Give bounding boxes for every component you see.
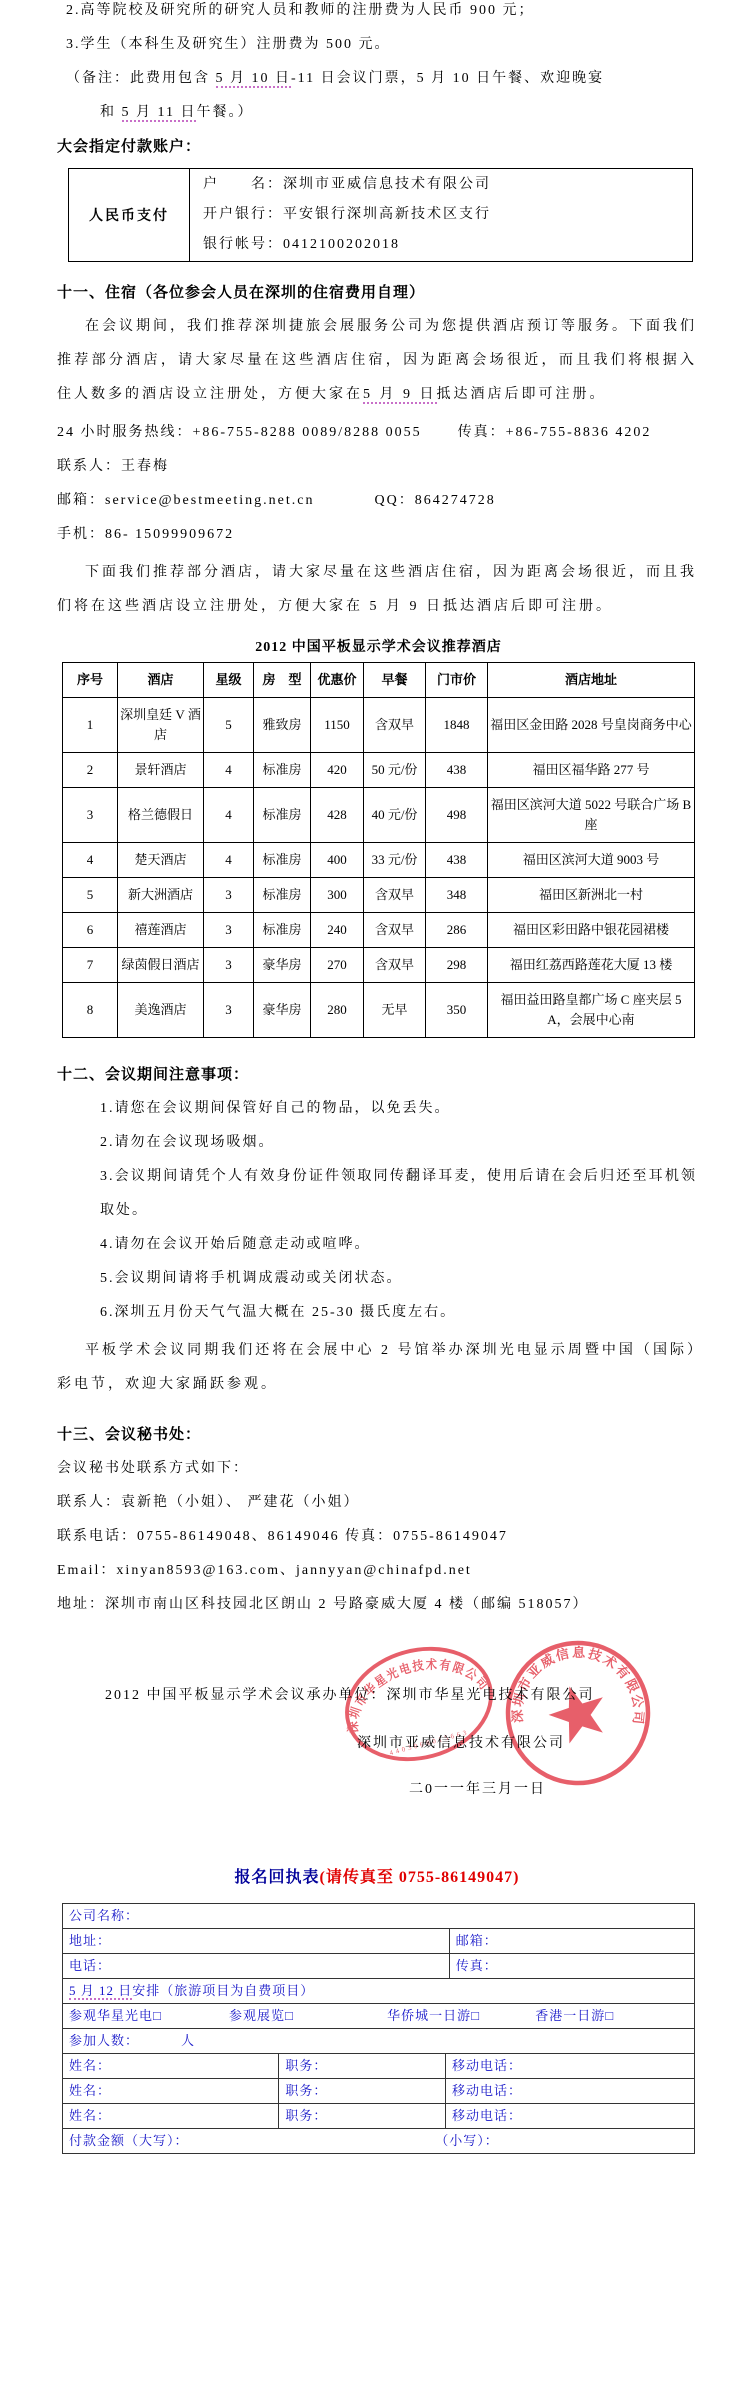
hotel-address: 福田益田路皇都广场 C 座夹层 5A，会展中心南 [488,983,695,1038]
hotel-table-header-row: 序号酒店星级房 型优惠价早餐门市价酒店地址 [63,663,695,698]
payment-details: 户 名：深圳市亚威信息技术有限公司 开户银行：平安银行深圳高新技术区支行 银行帐… [190,169,693,262]
hotel-address: 福田红荔西路莲花大厦 13 楼 [488,948,695,983]
hotel-col-header: 酒店地址 [488,663,695,698]
secretariat-line: 地址：深圳市南山区科技园北区朗山 2 号路豪威大厦 4 楼（邮编 518057） [57,1588,697,1622]
hotel-col-header: 序号 [63,663,118,698]
fee-item-3: 3.学生（本科生及研究生）注册费为 500 元。 [66,28,697,62]
mobile-line: 手机：86- 15099909672 [57,518,697,552]
hotel-list-price: 298 [426,948,488,983]
service-email: 邮箱：service@bestmeeting.net.cn [57,493,315,508]
hotel-breakfast: 33 元/份 [364,843,426,878]
hotel-room-type: 豪华房 [254,983,311,1038]
reply-form-title-fax: (请传真至 0755-86149047) [320,1869,520,1886]
secretariat-line: Email：xinyan8593@163.com、jannyyan@chinaf… [57,1554,697,1588]
hotel-discount-price: 240 [311,913,364,948]
hotel-name: 禧莲酒店 [118,913,204,948]
hotel-row: 8 美逸酒店 3 豪华房 280 无早 350 福田益田路皇都广场 C 座夹层 … [63,983,695,1038]
signature-block: 2012 中国平板显示学术会议承办单位：深圳市华星光电技术有限公司 深圳市亚威信… [57,1652,697,1824]
hotel-discount-price: 420 [311,753,364,788]
schedule-date: 5 月 12 日 [69,1983,132,2000]
hotel-address: 福田区新洲北一村 [488,878,695,913]
hotel-room-type: 雅致房 [254,698,311,753]
option-visit-huaxing-checkbox: 参观华星光电□ [69,2004,229,2028]
section-13-heading: 十三、会议秘书处： [57,1418,697,1452]
hotel-stars: 3 [204,878,254,913]
hotel-breakfast: 50 元/份 [364,753,426,788]
payment-bank: 开户银行：平安银行深圳高新技术区支行 [191,200,691,230]
hotel-list-price: 438 [426,753,488,788]
person-title-field: 职务： [279,2054,446,2078]
notice-item: 1.请您在会议期间保管好自己的物品，以免丢失。 [100,1092,697,1126]
option-visit-exhibition-checkbox: 参观展览□ [229,2004,387,2028]
hotel-no: 1 [63,698,118,753]
hotel-stars: 4 [204,788,254,843]
hotel-room-type: 标准房 [254,843,311,878]
payment-account-name: 户 名：深圳市亚威信息技术有限公司 [191,170,691,200]
section-11-heading: 十一、住宿（各位参会人员在深圳的住宿费用自理） [57,276,697,310]
section-11-paragraph-2: 下面我们推荐部分酒店，请大家尽量在这些酒店住宿，因为距离会场很近，而且我们将在这… [57,556,697,624]
hotel-stars: 4 [204,843,254,878]
hotel-breakfast: 无早 [364,983,426,1038]
hotel-discount-price: 1150 [311,698,364,753]
star-icon [542,1678,613,1747]
fax-field: 传真： [450,1954,694,1978]
fee-note1-date: 5 月 10 日 [216,71,292,88]
amount-small-label: （小写）： [435,2129,499,2153]
fee-note1-post: -11 日会议门票，5 月 10 日午餐、欢迎晚宴 [291,71,604,86]
hotel-address: 福田区彩田路中银花园裙楼 [488,913,695,948]
form-row-company: 公司名称： [63,1904,694,1929]
hotel-breakfast: 40 元/份 [364,788,426,843]
hotel-table-title: 2012 中国平板显示学术会议推荐酒店 [62,636,695,656]
fee-note-line1: （备注：此费用包含 5 月 10 日-11 日会议门票，5 月 10 日午餐、欢… [66,62,697,96]
person-rows: 姓名： 职务： 移动电话： 姓名： 职务： 移动电话： 姓名： 职务： 移动电话… [63,2054,694,2129]
service-fax: 传真：+86-755-8836 4202 [458,416,652,450]
hotel-no: 3 [63,788,118,843]
person-name-field: 姓名： [63,2054,279,2078]
hotel-row: 6 禧莲酒店 3 标准房 240 含双早 286 福田区彩田路中银花园裙楼 [63,913,695,948]
hotel-address: 福田区福华路 277 号 [488,753,695,788]
person-title-field: 职务： [279,2104,446,2128]
form-row-person: 姓名： 职务： 移动电话： [63,2104,694,2129]
secretariat-line: 联系电话：0755-86149048、86149046 传真：0755-8614… [57,1520,697,1554]
hotel-name: 格兰德假日 [118,788,204,843]
hotel-name: 楚天酒店 [118,843,204,878]
hotel-no: 8 [63,983,118,1038]
hotel-row: 7 绿茵假日酒店 3 豪华房 270 含双早 298 福田红荔西路莲花大厦 13… [63,948,695,983]
hotel-col-header: 优惠价 [311,663,364,698]
notice-item: 4.请勿在会议开始后随意走动或喧哗。 [100,1228,697,1262]
payment-account-no: 银行帐号：0412100202018 [191,230,691,260]
contact-person-line: 联系人：王春梅 [57,450,697,484]
section-11-paragraph-1: 在会议期间，我们推荐深圳捷旅会展服务公司为您提供酒店预订等服务。下面我们推荐部分… [57,310,697,412]
hotel-name: 绿茵假日酒店 [118,948,204,983]
conference-notice-document: 2.高等院校及研究所的研究人员和教师的注册费为人民币 900 元； 3.学生（本… [0,0,755,2385]
hotel-discount-price: 400 [311,843,364,878]
reply-form-title: 报名回执表(请传真至 0755-86149047) [57,1864,697,1887]
attendees-field: 参加人数：人 [63,2029,694,2053]
hotel-list-price: 350 [426,983,488,1038]
amount-field: 付款金额（大写）：（小写）： [63,2129,694,2153]
form-row-amount: 付款金额（大写）：（小写）： [63,2129,694,2154]
hotel-discount-price: 300 [311,878,364,913]
notice-item: 6.深圳五月份天气气温大概在 25-30 摄氏度左右。 [100,1296,697,1330]
hotel-room-type: 标准房 [254,788,311,843]
hotel-list-price: 348 [426,878,488,913]
hotel-breakfast: 含双早 [364,878,426,913]
reply-form-table: 公司名称： 地址： 邮箱： 电话： 传真： 5 月 12 日安排（旅游项目为自费… [62,1903,695,2154]
fee-note-line2: 和 5 月 11 日午餐。） [100,96,697,130]
address-field: 地址： [63,1929,450,1953]
hotel-row: 3 格兰德假日 4 标准房 428 40 元/份 498 福田区滨河大道 502… [63,788,695,843]
options-field: 参观华星光电□参观展览□华侨城一日游□香港一日游□ [63,2004,694,2028]
hotel-name: 景轩酒店 [118,753,204,788]
fee-note2-pre: 和 [100,105,122,120]
hotel-room-type: 标准房 [254,913,311,948]
reply-form-title-main: 报名回执表 [234,1869,319,1886]
fee-item-2: 2.高等院校及研究所的研究人员和教师的注册费为人民币 900 元； [66,0,697,28]
hotel-room-type: 标准房 [254,878,311,913]
fee-note2-post: 午餐。） [196,105,253,120]
hotel-col-header: 星级 [204,663,254,698]
form-row-person: 姓名： 职务： 移动电话： [63,2079,694,2104]
section-12-heading: 十二、会议期间注意事项： [57,1058,697,1092]
hotel-room-type: 豪华房 [254,948,311,983]
person-name-field: 姓名： [63,2079,279,2103]
hotel-col-header: 门市价 [426,663,488,698]
hotel-discount-price: 280 [311,983,364,1038]
payment-method: 人民币支付 [69,169,190,262]
notice-item: 2.请勿在会议现场吸烟。 [100,1126,697,1160]
notice-item: 3.会议期间请凭个人有效身份证件领取同传翻译耳麦，使用后请在会后归还至耳机领取处… [100,1160,697,1228]
hotel-row: 5 新大洲酒店 3 标准房 300 含双早 348 福田区新洲北一村 [63,878,695,913]
section-12-paragraph: 平板学术会议同期我们还将在会展中心 2 号馆举办深圳光电显示周暨中国（国际）彩电… [57,1334,697,1402]
secretariat-line: 会议秘书处联系方式如下： [57,1452,697,1486]
hotel-breakfast: 含双早 [364,913,426,948]
hotel-name: 深圳皇廷 V 酒店 [118,698,204,753]
form-row-person: 姓名： 职务： 移动电话： [63,2054,694,2079]
person-name-field: 姓名： [63,2104,279,2128]
hotel-no: 2 [63,753,118,788]
hotel-col-header: 早餐 [364,663,426,698]
schedule-field: 5 月 12 日安排（旅游项目为自费项目） [63,1979,694,2003]
hotel-stars: 3 [204,948,254,983]
company-name-field: 公司名称： [63,1904,694,1928]
section-13-lines: 会议秘书处联系方式如下：联系人：袁新艳（小姐）、 严建花（小姐）联系电话：075… [57,1452,697,1622]
hotel-no: 6 [63,913,118,948]
service-hotline-line: 24 小时服务热线：+86-755-8288 0089/8288 0055传真：… [57,416,697,450]
person-title-field: 职务： [279,2079,446,2103]
fee-note1-pre: （备注：此费用包含 [66,71,216,86]
schedule-rest: 安排（旅游项目为自费项目） [132,1983,314,1998]
hotel-col-header: 房 型 [254,663,311,698]
hotel-breakfast: 含双早 [364,698,426,753]
phone-field: 电话： [63,1954,450,1978]
payment-table: 人民币支付 户 名：深圳市亚威信息技术有限公司 开户银行：平安银行深圳高新技术区… [68,168,693,262]
hotel-discount-price: 428 [311,788,364,843]
hotel-col-header: 酒店 [118,663,204,698]
form-row-address-email: 地址： 邮箱： [63,1929,694,1954]
hotel-list-price: 286 [426,913,488,948]
email-line: 邮箱：service@bestmeeting.net.cnQQ：86427472… [57,484,697,518]
email-field: 邮箱： [450,1929,694,1953]
form-row-options: 参观华星光电□参观展览□华侨城一日游□香港一日游□ [63,2004,694,2029]
huaxing-oval-stamp-seal: 深圳市华星光电技术有限公司 4403068015663 [328,1626,510,1782]
option-oct-tour-checkbox: 华侨城一日游□ [387,2004,535,2028]
attendees-label: 参加人数： [69,2033,139,2048]
hotel-no: 4 [63,843,118,878]
hotel-stars: 3 [204,983,254,1038]
hotel-no: 7 [63,948,118,983]
service-hotline: 24 小时服务热线：+86-755-8288 0089/8288 0055 [57,425,422,440]
s11-para1-post: 抵达酒店后即可注册。 [437,387,607,402]
hotel-list-price: 1848 [426,698,488,753]
form-row-schedule: 5 月 12 日安排（旅游项目为自费项目） [63,1979,694,2004]
s11-para1-date: 5 月 9 日 [363,387,437,404]
hotel-room-type: 标准房 [254,753,311,788]
hotel-stars: 3 [204,913,254,948]
hotel-no: 5 [63,878,118,913]
attendees-unit: 人 [181,2029,195,2053]
hotel-row: 4 楚天酒店 4 标准房 400 33 元/份 438 福田区滨河大道 9003… [63,843,695,878]
hotel-address: 福田区滨河大道 5022 号联合广场 B 座 [488,788,695,843]
secretariat-line: 联系人：袁新艳（小姐）、 严建花（小姐） [57,1486,697,1520]
form-row-phone-fax: 电话： 传真： [63,1954,694,1979]
hotel-list-price: 438 [426,843,488,878]
hotel-stars: 4 [204,753,254,788]
hotel-address: 福田区滨河大道 9003 号 [488,843,695,878]
oval-stamp-code: 4403068015663 [389,1729,470,1757]
hotel-name: 新大洲酒店 [118,878,204,913]
person-mobile-field: 移动电话： [446,2054,694,2078]
form-row-attendees: 参加人数：人 [63,2029,694,2054]
fee-note2-date: 5 月 11 日 [122,105,197,122]
option-hongkong-tour-checkbox: 香港一日游□ [535,2004,614,2028]
hotel-stars: 5 [204,698,254,753]
person-mobile-field: 移动电话： [446,2104,694,2128]
hotel-row: 1 深圳皇廷 V 酒店 5 雅致房 1150 含双早 1848 福田区金田路 2… [63,698,695,753]
payment-row: 人民币支付 户 名：深圳市亚威信息技术有限公司 开户银行：平安银行深圳高新技术区… [69,169,693,262]
hotel-breakfast: 含双早 [364,948,426,983]
payment-heading: 大会指定付款账户： [57,130,697,164]
section-12-items: 1.请您在会议期间保管好自己的物品，以免丢失。2.请勿在会议现场吸烟。3.会议期… [57,1092,697,1330]
hotel-table: 序号酒店星级房 型优惠价早餐门市价酒店地址 1 深圳皇廷 V 酒店 5 雅致房 … [62,662,695,1038]
hotel-row: 2 景轩酒店 4 标准房 420 50 元/份 438 福田区福华路 277 号 [63,753,695,788]
person-mobile-field: 移动电话： [446,2079,694,2103]
hotel-address: 福田区金田路 2028 号皇岗商务中心 [488,698,695,753]
hotel-name: 美逸酒店 [118,983,204,1038]
hotel-discount-price: 270 [311,948,364,983]
amount-label: 付款金额（大写）： [69,2133,189,2148]
notice-item: 5.会议期间请将手机调成震动或关闭状态。 [100,1262,697,1296]
service-qq: QQ：864274728 [375,484,496,518]
hotel-list-price: 498 [426,788,488,843]
